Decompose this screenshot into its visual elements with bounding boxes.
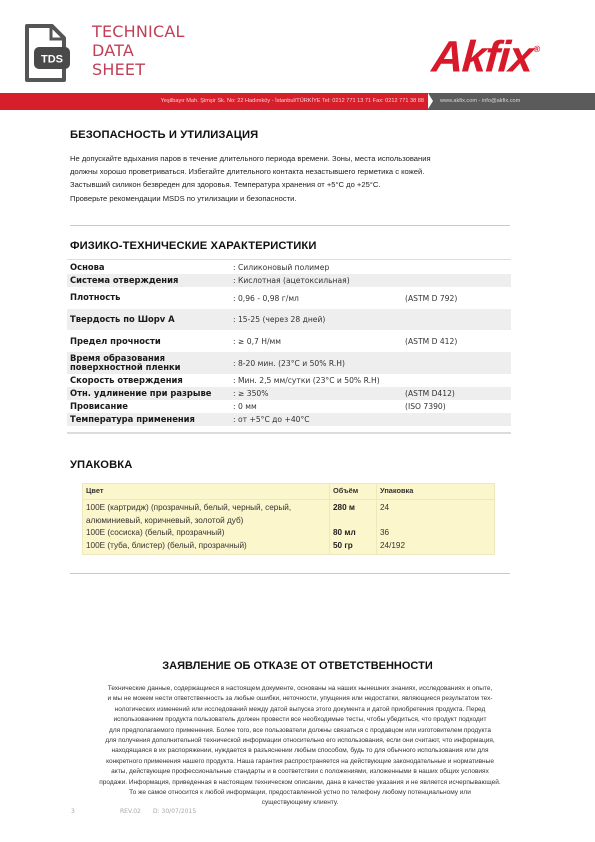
property-value: : ≥ 0,7 Н/мм (233, 337, 405, 346)
table-bottom-rule (67, 432, 511, 434)
text-line: использованием продукта пользователь дол… (50, 715, 550, 725)
property-value: : Кислотная (ацетоксильная) (233, 276, 405, 285)
cell-volume: 50 гр (330, 540, 377, 554)
cell-volume: 80 мл (330, 527, 377, 539)
property-label: Температура применения (67, 415, 233, 424)
property-standard: (ASTM D 412) (405, 337, 457, 346)
property-value: : от +5°C до +40°C (233, 415, 405, 424)
packaging-header-row: Цвет Объём Упаковка (83, 484, 494, 500)
text-line: То же самое относится к любой информации… (50, 788, 550, 798)
property-row: Скорость отверждения : Мин. 2,5 мм/сутки… (67, 374, 511, 387)
brand-logo: Akfix® (430, 28, 542, 83)
property-value: : ≥ 350% (233, 389, 405, 398)
packaging-row: 100E (сосиска) (белый, прозрачный) 80 мл… (83, 527, 494, 539)
text-line: Проверьте рекомендации MSDS по утилизаци… (70, 192, 520, 205)
property-label: Провисание (67, 402, 233, 411)
property-value: : 15-25 (через 28 дней) (233, 315, 405, 324)
cell-color: 100E (сосиска) (белый, прозрачный) (83, 527, 330, 539)
disclaimer-title: ЗАЯВЛЕНИЕ ОБ ОТКАЗЕ ОТ ОТВЕТСТВЕННОСТИ (0, 660, 595, 672)
cell-pack: 24 (377, 500, 495, 527)
property-label: Скорость отверждения (67, 376, 233, 385)
address-band: Yeşilbayır Mah. Şimşir Sk. No: 22 Hadımk… (0, 93, 432, 110)
section-divider (70, 573, 510, 574)
property-value: : 0 мм (233, 402, 405, 411)
web-contact-band: www.akfix.com - info@akfix.com (428, 93, 595, 110)
property-row: Провисание : 0 мм (ISO 7390) (67, 400, 511, 413)
page-number: 3 (71, 808, 75, 815)
text-line: должны хорошо проветриваться. Избегайте … (70, 165, 520, 178)
band-separator-arrow (428, 93, 433, 109)
property-standard: (ASTM D412) (405, 389, 455, 398)
text-line: конкретного применения нашего продукта. … (50, 757, 550, 767)
section-title-safety: БЕЗОПАСНОСТЬ И УТИЛИЗАЦИЯ (70, 129, 258, 141)
property-standard: (ISO 7390) (405, 402, 446, 411)
text-line: находящаяся в их распоряжении, нуждается… (50, 746, 550, 756)
properties-table: Основа : Силиконовый полимер Система отв… (67, 261, 511, 426)
text-line: нологических изменений или исследований … (50, 705, 550, 715)
column-header-pack: Упаковка (377, 484, 495, 500)
property-value: : 8-20 мин. (23°C и 50% R.H) (233, 359, 405, 368)
property-row: Предел прочности : ≥ 0,7 Н/мм (ASTM D 41… (67, 331, 511, 352)
column-header-volume: Объём (330, 484, 377, 500)
text-line: Технические данные, содержащиеся в насто… (50, 684, 550, 694)
property-standard: (ASTM D 792) (405, 294, 457, 303)
packaging-row: 100E (туба, блистер) (белый, прозрачный)… (83, 540, 494, 554)
property-label: Основа (67, 263, 233, 272)
text-line: Не допускайте вдыхания паров в течение д… (70, 152, 520, 165)
cell-color: 100E (туба, блистер) (белый, прозрачный) (83, 540, 330, 554)
safety-text: Не допускайте вдыхания паров в течение д… (70, 152, 520, 205)
property-row: Температура применения : от +5°C до +40°… (67, 413, 511, 426)
property-value: : Мин. 2,5 мм/сутки (23°C и 50% R.H) (233, 376, 405, 385)
property-row: Плотность : 0,96 - 0,98 г/мл (ASTM D 792… (67, 287, 511, 309)
brand-name: Akfix (430, 33, 534, 82)
property-label: Время образования поверхностной пленки (67, 354, 233, 373)
cell-pack: 36 (377, 527, 495, 539)
property-row: Отн. удлинение при разрыве : ≥ 350% (AST… (67, 387, 511, 400)
packaging-table: Цвет Объём Упаковка 100E (картридж) (про… (82, 483, 495, 555)
revision-label: REV.02 (120, 808, 141, 815)
disclaimer-text: Технические данные, содержащиеся в насто… (50, 684, 550, 809)
revision-date: D: 30/07/2015 (153, 808, 196, 815)
doc-type-line: TECHNICAL (92, 22, 185, 41)
text-line: для получения дополнительной технической… (50, 736, 550, 746)
svg-text:TDS: TDS (41, 54, 63, 66)
section-title-packaging: УПАКОВКА (70, 459, 132, 471)
column-header-color: Цвет (83, 484, 330, 500)
text-line: продажи. Информация, приведенная в насто… (40, 778, 560, 788)
section-title-properties: ФИЗИКО-ТЕХНИЧЕСКИЕ ХАРАКТЕРИСТИКИ (70, 240, 316, 252)
property-row: Твердость по Шорv А : 15-25 (через 28 дн… (67, 309, 511, 330)
property-label: Отн. удлинение при разрыве (67, 389, 233, 398)
property-row: Основа : Силиконовый полимер (67, 261, 511, 274)
text-line: и мы не можем нести ответственность за л… (50, 694, 550, 704)
property-row: Время образования поверхностной пленки :… (67, 352, 511, 374)
property-label: Система отверждения (67, 276, 233, 285)
document-icon: TDS (24, 24, 74, 84)
property-value: : 0,96 - 0,98 г/мл (233, 294, 405, 303)
table-top-rule (67, 259, 511, 260)
cell-pack: 24/192 (377, 540, 495, 554)
property-value: : Силиконовый полимер (233, 263, 405, 272)
property-label: Предел прочности (67, 337, 233, 346)
text-line: акты, действующие профессиональные станд… (50, 767, 550, 777)
document-type-title: TECHNICAL DATA SHEET (92, 22, 185, 79)
section-divider (70, 225, 510, 226)
text-line: для предполагаемого применения. Более то… (50, 726, 550, 736)
property-label: Плотность (67, 293, 233, 302)
doc-type-line: DATA (92, 41, 185, 60)
doc-type-line: SHEET (92, 60, 185, 79)
cell-volume: 280 м (330, 500, 377, 527)
registered-mark: ® (533, 44, 540, 54)
property-row: Система отверждения : Кислотная (ацетокс… (67, 274, 511, 287)
property-label: Твердость по Шорv А (67, 315, 233, 324)
packaging-row: 100E (картридж) (прозрачный, белый, черн… (83, 500, 494, 527)
cell-color: 100E (картридж) (прозрачный, белый, черн… (83, 500, 330, 527)
text-line: Застывший силикон безвреден для здоровья… (70, 178, 520, 191)
